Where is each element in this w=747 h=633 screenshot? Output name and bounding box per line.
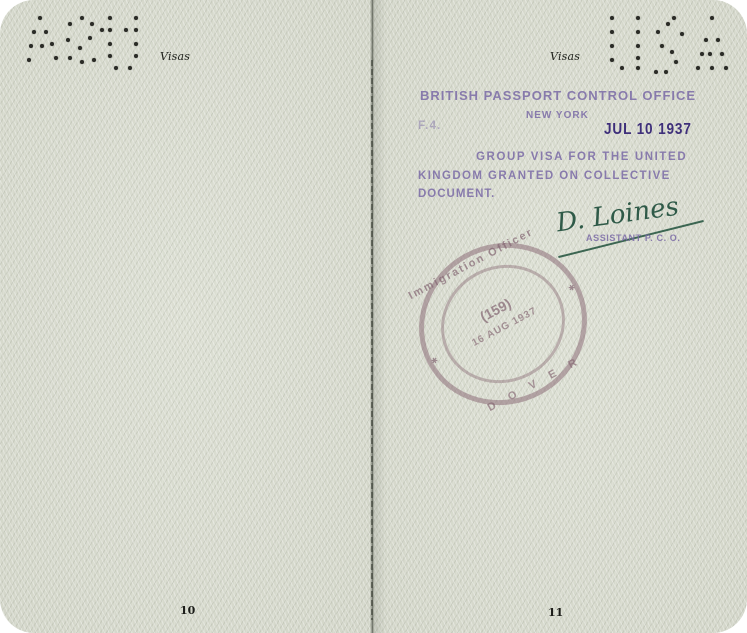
left-perforation-number — [24, 12, 144, 74]
passport-spread: Visas 10 Visas British Passport Control … — [0, 0, 747, 633]
left-page-header: Visas — [160, 50, 190, 63]
stamp-office-name: British Passport Control Office — [420, 88, 696, 103]
stamp-body-line-1: Group Visa for the United — [476, 151, 687, 163]
stamp-faint-mark: F.4. — [418, 118, 441, 132]
left-page: Visas 10 — [0, 0, 372, 633]
stamp-office-city: New York — [526, 110, 589, 121]
right-page-number: 11 — [548, 606, 563, 619]
stamp-date: JUL 10 1937 — [604, 121, 692, 139]
stamp-body-line-3: Document. — [418, 188, 495, 200]
right-page-gutter-shadow — [372, 0, 386, 633]
signatory-title: Assistant P. C. O. — [586, 233, 680, 243]
right-page-header: Visas — [550, 50, 580, 63]
right-perforation-usa — [606, 12, 736, 74]
left-page-number: 10 — [180, 604, 195, 617]
spine-stitching — [371, 60, 373, 620]
stamp-body-line-2: Kingdom Granted on Collective — [418, 170, 671, 182]
